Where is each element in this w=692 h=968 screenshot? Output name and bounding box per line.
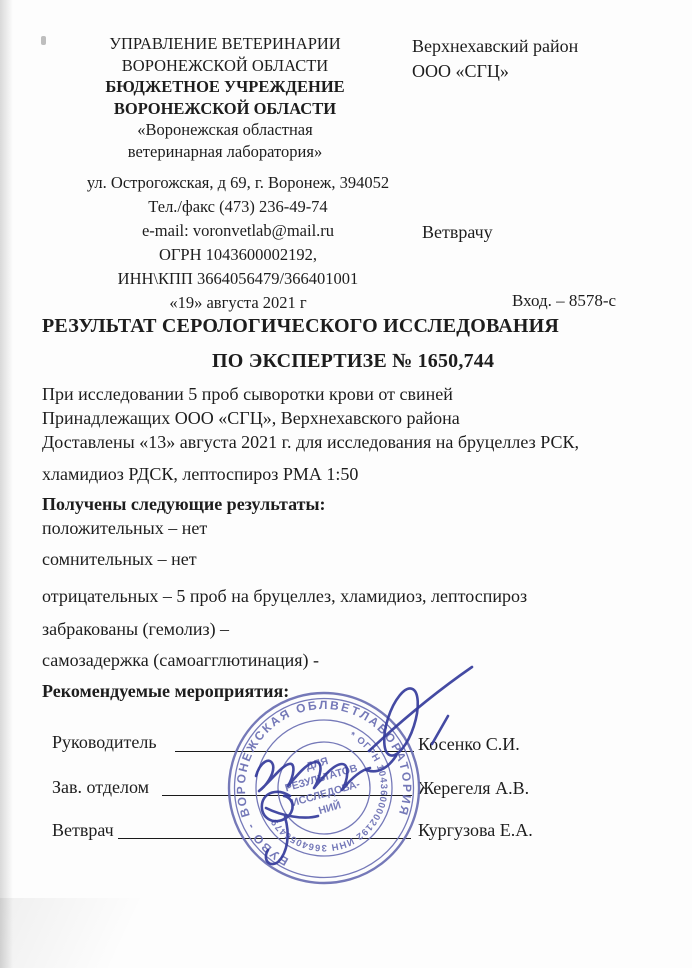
recipient-addressee: Ветврачу xyxy=(422,222,493,243)
result-doubtful: сомнительных – нет xyxy=(42,549,197,570)
phone-line: Тел./факс (473) 236-49-74 xyxy=(48,195,428,219)
incoming-number: Вход. – 8578-с xyxy=(512,291,616,311)
address-line: ул. Острогожская, д 69, г. Воронеж, 3940… xyxy=(48,171,428,195)
signature-role-director: Руководитель xyxy=(52,732,157,753)
letterhead-line: «Воронежская областная xyxy=(58,119,392,141)
body-paragraph: При исследовании 5 проб сыворотки крови … xyxy=(42,384,453,405)
letterhead-line: ВОРОНЕЖСКОЙ ОБЛАСТИ xyxy=(58,98,392,120)
ogrn-line: ОГРН 1043600002192, xyxy=(48,243,428,267)
body-paragraph: Доставлены «13» августа 2021 г. для иссл… xyxy=(42,432,579,453)
scan-speck-artifact xyxy=(41,36,46,45)
recipient-company: ООО «СГЦ» xyxy=(412,61,509,82)
recipient-district: Верхнехавский район xyxy=(412,36,578,57)
body-paragraph: хламидиоз РДСК, лептоспироз РМА 1:50 xyxy=(42,464,358,485)
result-rejected: забракованы (гемолиз) – xyxy=(42,619,229,640)
signature-ink xyxy=(230,595,490,885)
signature-role-head-of-department: Зав. отделом xyxy=(52,777,149,798)
document-page: УПРАВЛЕНИЕ ВЕТЕРИНАРИИ ВОРОНЕЖСКОЙ ОБЛАС… xyxy=(0,0,692,968)
result-positive: положительных – нет xyxy=(42,518,207,539)
letterhead-line: БЮДЖЕТНОЕ УЧРЕЖДЕНИЕ xyxy=(58,76,392,98)
scan-corner-artifact xyxy=(0,898,210,968)
scan-edge-artifact xyxy=(0,0,13,968)
document-title-line1: РЕЗУЛЬТАТ СЕРОЛОГИЧЕСКОГО ИССЛЕДОВАНИЯ xyxy=(42,315,559,338)
results-heading: Получены следующие результаты: xyxy=(42,494,326,515)
letterhead: УПРАВЛЕНИЕ ВЕТЕРИНАРИИ ВОРОНЕЖСКОЙ ОБЛАС… xyxy=(58,33,392,162)
letterhead-line: ветеринарная лаборатория» xyxy=(58,141,392,163)
contact-block: ул. Острогожская, д 69, г. Воронеж, 3940… xyxy=(48,171,428,315)
signature-role-veterinarian: Ветврач xyxy=(52,820,114,841)
document-title-line2: ПО ЭКСПЕРТИЗЕ № 1650,744 xyxy=(212,350,494,373)
signature-stroke xyxy=(432,716,448,744)
letterhead-line: УПРАВЛЕНИЕ ВЕТЕРИНАРИИ xyxy=(58,33,392,55)
inn-kpp-line: ИНН\КПП 3664056479/366401001 xyxy=(48,267,428,291)
signature-zigzag xyxy=(256,761,370,791)
document-date: «19» августа 2021 г xyxy=(48,291,428,315)
body-paragraph: Принадлежащих ООО «СГЦ», Верхнехавского … xyxy=(42,408,460,429)
letterhead-line: ВОРОНЕЖСКОЙ ОБЛАСТИ xyxy=(58,55,392,77)
signature-loop-lower xyxy=(262,792,318,864)
email-line: e-mail: voronvetlab@mail.ru xyxy=(48,219,428,243)
